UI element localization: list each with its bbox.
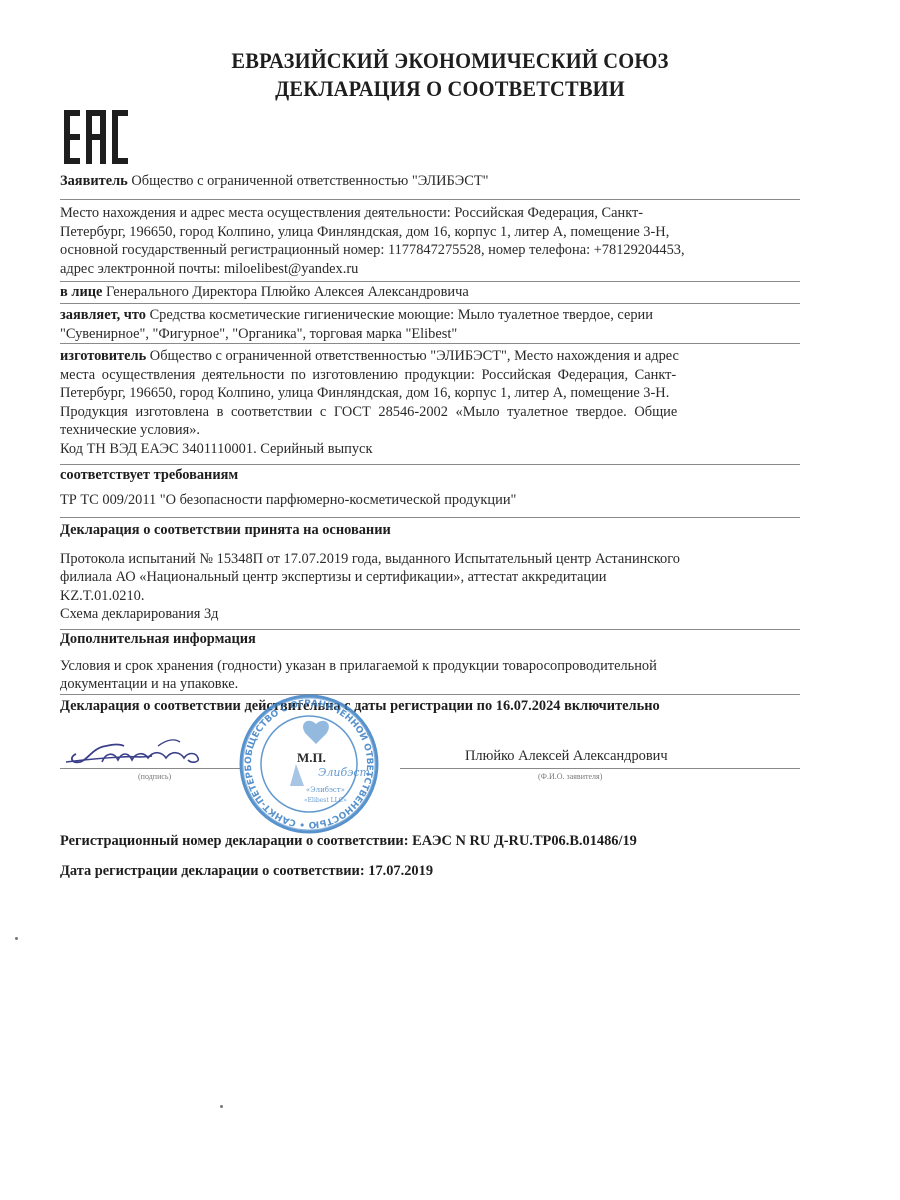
- manufacturer-line: Петербург, 196650, город Колпино, улица …: [60, 384, 800, 403]
- divider: [60, 281, 800, 282]
- declares-label: заявляет, что: [60, 307, 146, 323]
- registration-number-value: ЕАЭС N RU Д-RU.ТР06.В.01486/19: [412, 833, 637, 849]
- additional-label: Дополнительная информация: [60, 630, 800, 649]
- address-block: Место нахождения и адрес места осуществл…: [60, 204, 800, 278]
- registration-date-row: Дата регистрации декларации о соответств…: [60, 862, 800, 881]
- manufacturer-line: Продукция изготовлена в соответствии с Г…: [60, 403, 800, 422]
- eac-logo-icon: [62, 108, 134, 166]
- scan-speck: [220, 1105, 223, 1108]
- signature-image: [62, 732, 222, 772]
- hs-code-line: Код ТН ВЭД ЕАЭС 3401110001. Серийный вып…: [60, 440, 800, 459]
- name-line: [400, 768, 800, 769]
- basis-line: KZ.T.01.0210.: [60, 587, 800, 606]
- email-line: адрес электронной почты: miloelibest@yan…: [60, 260, 800, 279]
- validity-text: Декларация о соответствии действительна …: [60, 697, 800, 716]
- divider: [60, 517, 800, 518]
- additional-line: документации и на упаковке.: [60, 675, 800, 694]
- stamp-center-text: Элибэст: [318, 766, 370, 779]
- manufacturer-line: Общество с ограниченной ответственностью…: [150, 348, 679, 364]
- signature-line: [60, 768, 240, 769]
- divider: [60, 694, 800, 695]
- additional-block: Дополнительная информация Условия и срок…: [60, 630, 800, 694]
- requirements-block: соответствует требованиям ТР ТС 009/2011…: [60, 466, 800, 509]
- additional-line: Условия и срок хранения (годности) указа…: [60, 657, 800, 676]
- divider: [60, 199, 800, 200]
- representative-value: Генерального Директора Плюйко Алексея Ал…: [106, 284, 469, 300]
- scan-speck: [15, 937, 18, 940]
- registration-number-label: Регистрационный номер декларации о соотв…: [60, 833, 409, 849]
- basis-line: Протокола испытаний № 15348П от 17.07.20…: [60, 550, 800, 569]
- registration-date-label: Дата регистрации декларации о соответств…: [60, 863, 365, 879]
- name-caption: (Ф.И.О. заявителя): [538, 772, 602, 781]
- address-line: Петербург, 196650, город Колпино, улица …: [60, 223, 800, 242]
- address-line: Место нахождения и адрес места осуществл…: [60, 204, 800, 223]
- manufacturer-line: технические условия».: [60, 421, 800, 440]
- declares-line: Средства косметические гигиенические мою…: [150, 307, 653, 323]
- manufacturer-block: изготовитель Общество с ограниченной отв…: [60, 347, 800, 458]
- stamp-sub2: «Elibest LLC»: [304, 797, 347, 804]
- signer-name: Плюйко Алексей Александрович: [465, 748, 668, 765]
- scheme-line: Схема декларирования 3д: [60, 605, 800, 624]
- stamp-sub1: «Элибэст»: [306, 786, 345, 794]
- manufacturer-label: изготовитель: [60, 348, 146, 364]
- representative-row: в лице Генерального Директора Плюйко Але…: [60, 283, 800, 302]
- declares-line: "Сувенирное", "Фигурное", "Органика", то…: [60, 325, 800, 344]
- basis-block: Декларация о соответствии принята на осн…: [60, 521, 800, 624]
- registration-date-value: 17.07.2019: [368, 863, 433, 879]
- applicant-value: Общество с ограниченной ответственностью…: [131, 173, 488, 189]
- divider: [60, 464, 800, 465]
- requirements-value: ТР ТС 009/2011 "О безопасности парфюмерн…: [60, 491, 800, 510]
- union-title: ЕВРАЗИЙСКИЙ ЭКОНОМИЧЕСКИЙ СОЮЗ: [32, 48, 869, 74]
- signature-caption: (подпись): [138, 772, 171, 781]
- registration-number-row: Регистрационный номер декларации о соотв…: [60, 832, 800, 851]
- address-line: основной государственный регистрационный…: [60, 241, 800, 260]
- requirements-label: соответствует требованиям: [60, 466, 800, 485]
- declares-block: заявляет, что Средства косметические гиг…: [60, 306, 800, 343]
- applicant-label: Заявитель: [60, 173, 128, 189]
- document-title: ДЕКЛАРАЦИЯ О СООТВЕТСТВИИ: [32, 76, 869, 102]
- basis-label: Декларация о соответствии принята на осн…: [60, 521, 800, 540]
- basis-line: филиала АО «Национальный центр экспертиз…: [60, 568, 800, 587]
- representative-label: в лице: [60, 284, 102, 300]
- applicant-row: Заявитель Общество с ограниченной ответс…: [60, 172, 800, 191]
- stamp-placeholder-label: М.П.: [297, 750, 326, 766]
- manufacturer-line: места осуществления деятельности по изго…: [60, 366, 800, 385]
- divider: [60, 303, 800, 304]
- divider: [60, 343, 800, 344]
